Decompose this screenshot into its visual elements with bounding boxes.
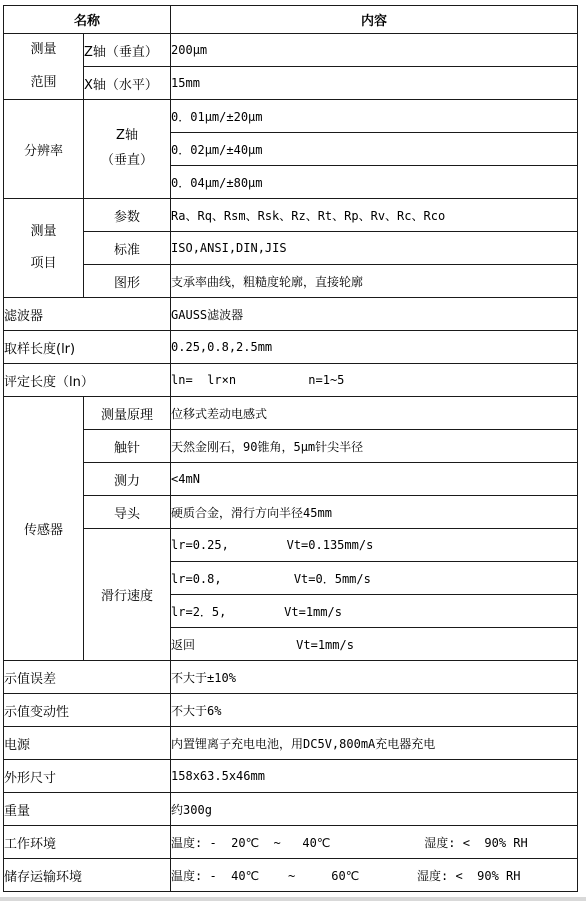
value-cell: 内置锂离子充电电池，用DC5V,800mA充电器充电 <box>171 727 578 760</box>
value-cell: 0.25,0.8,2.5mm <box>171 331 578 364</box>
value-cell: 0．02μm/±40μm <box>171 133 578 166</box>
row-label-weight: 重量 <box>4 793 171 826</box>
value-cell: 0．04μm/±80μm <box>171 166 578 199</box>
table-row: 图形 支承率曲线，粗糙度轮廓，直接轮廓 <box>4 265 578 298</box>
table-row: 电源 内置锂离子充电电池，用DC5V,800mA充电器充电 <box>4 727 578 760</box>
sub-label-stylus: 触针 <box>84 430 171 463</box>
value-cell: 200μm <box>171 34 578 67</box>
sub-label-guide-head: 导头 <box>84 496 171 529</box>
header-content-cell: 内容 <box>171 6 578 34</box>
spec-sheet-page: 名称 内容 测量 范围 Z轴（垂直） 200μm X轴（水平） 15mm 分辨率… <box>0 0 586 901</box>
table-row: 滑行速度 lr=0.25, Vt=0.135mm/s <box>4 529 578 562</box>
value-cell: 天然金刚石，90锥角，5μm针尖半径 <box>171 430 578 463</box>
table-row: 滤波器 GAUSS滤波器 <box>4 298 578 331</box>
row-label-dimensions: 外形尺寸 <box>4 760 171 793</box>
table-row: 测量 范围 Z轴（垂直） 200μm <box>4 34 578 67</box>
table-row: 示值变动性 不大于6% <box>4 694 578 727</box>
value-cell: 位移式差动电感式 <box>171 397 578 430</box>
table-row: 触针 天然金刚石，90锥角，5μm针尖半径 <box>4 430 578 463</box>
section-label-measure-items: 测量 项目 <box>4 199 84 298</box>
value-cell: lr=2．5, Vt=1mm/s <box>171 595 578 628</box>
row-label-sampling-length: 取样长度(lr) <box>4 331 171 364</box>
sub-label-principle: 测量原理 <box>84 397 171 430</box>
table-row: 分辨率 Z轴 （垂直） 0．01μm/±20μm <box>4 100 578 133</box>
value-cell: 0．01μm/±20μm <box>171 100 578 133</box>
table-row: 外形尺寸 158x63.5x46mm <box>4 760 578 793</box>
value-cell: <4mN <box>171 463 578 496</box>
table-row: X轴（水平） 15mm <box>4 67 578 100</box>
sub-label-standards: 标准 <box>84 232 171 265</box>
row-label-storage-environment: 储存运输环境 <box>4 859 171 892</box>
sub-label-graphics: 图形 <box>84 265 171 298</box>
sub-label-z-axis-vertical: Z轴 （垂直） <box>84 100 171 199</box>
table-row: 标准 ISO,ANSI,DIN,JIS <box>4 232 578 265</box>
sub-label-parameters: 参数 <box>84 199 171 232</box>
header-name-cell: 名称 <box>4 6 171 34</box>
value-cell: 支承率曲线，粗糙度轮廓，直接轮廓 <box>171 265 578 298</box>
table-row: 示值误差 不大于±10% <box>4 661 578 694</box>
table-row: 评定长度（ln） ln= lr×n n=1~5 <box>4 364 578 397</box>
table-header-row: 名称 内容 <box>4 6 578 34</box>
section-label-sensor: 传感器 <box>4 397 84 661</box>
value-cell: lr=0.8, Vt=0．5mm/s <box>171 562 578 595</box>
sub-label-measuring-force: 测力 <box>84 463 171 496</box>
sub-label-sliding-speed: 滑行速度 <box>84 529 171 661</box>
section-label-measure-range: 测量 范围 <box>4 34 84 100</box>
row-label-power: 电源 <box>4 727 171 760</box>
value-cell: ln= lr×n n=1~5 <box>171 364 578 397</box>
value-cell: 不大于±10% <box>171 661 578 694</box>
row-label-working-environment: 工作环境 <box>4 826 171 859</box>
table-row: 取样长度(lr) 0.25,0.8,2.5mm <box>4 331 578 364</box>
row-label-indication-error: 示值误差 <box>4 661 171 694</box>
table-row: 导头 硬质合金，滑行方向半径45mm <box>4 496 578 529</box>
table-row: 重量 约300g <box>4 793 578 826</box>
value-cell: 温度: - 20℃ ~ 40℃ 湿度: < 90% RH <box>171 826 578 859</box>
value-cell: 不大于6% <box>171 694 578 727</box>
value-cell: 158x63.5x46mm <box>171 760 578 793</box>
value-cell: 15mm <box>171 67 578 100</box>
value-cell: 约300g <box>171 793 578 826</box>
sub-label-x-axis: X轴（水平） <box>84 67 171 100</box>
spec-table: 名称 内容 测量 范围 Z轴（垂直） 200μm X轴（水平） 15mm 分辨率… <box>3 5 578 892</box>
value-cell: ISO,ANSI,DIN,JIS <box>171 232 578 265</box>
table-row: 测力 <4mN <box>4 463 578 496</box>
table-row: 测量 项目 参数 Ra、Rq、Rsm、Rsk、Rz、Rt、Rp、Rv、Rc、Rc… <box>4 199 578 232</box>
value-cell: lr=0.25, Vt=0.135mm/s <box>171 529 578 562</box>
value-cell: 温度: - 40℃ ~ 60℃ 湿度: < 90% RH <box>171 859 578 892</box>
value-cell: 硬质合金，滑行方向半径45mm <box>171 496 578 529</box>
value-cell: GAUSS滤波器 <box>171 298 578 331</box>
row-label-filter: 滤波器 <box>4 298 171 331</box>
table-row: 传感器 测量原理 位移式差动电感式 <box>4 397 578 430</box>
value-cell: 返回 Vt=1mm/s <box>171 628 578 661</box>
table-row: 工作环境 温度: - 20℃ ~ 40℃ 湿度: < 90% RH <box>4 826 578 859</box>
table-row: 储存运输环境 温度: - 40℃ ~ 60℃ 湿度: < 90% RH <box>4 859 578 892</box>
value-cell: Ra、Rq、Rsm、Rsk、Rz、Rt、Rp、Rv、Rc、Rco <box>171 199 578 232</box>
sub-label-z-axis: Z轴（垂直） <box>84 34 171 67</box>
row-label-evaluation-length: 评定长度（ln） <box>4 364 171 397</box>
row-label-indication-variability: 示值变动性 <box>4 694 171 727</box>
section-label-resolution: 分辨率 <box>4 100 84 199</box>
